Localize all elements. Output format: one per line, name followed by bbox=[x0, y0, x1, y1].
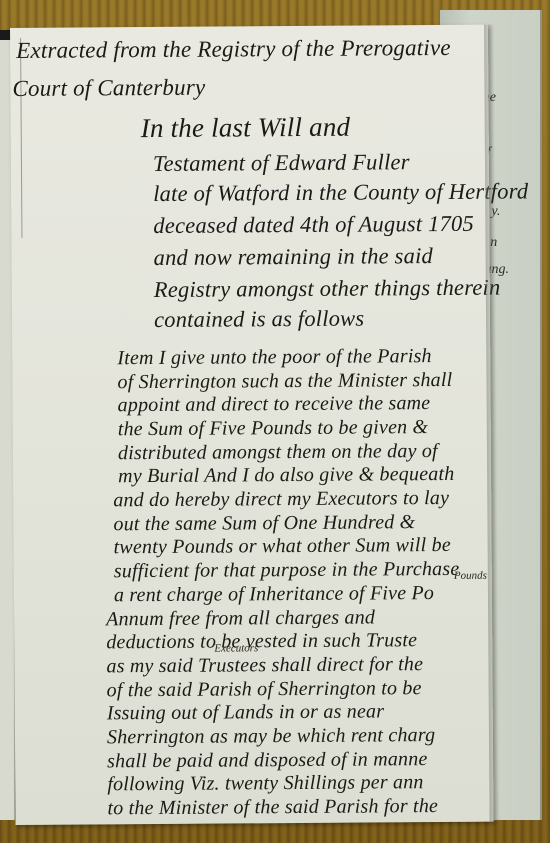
title-line: late of Watford in the County of Hertfor… bbox=[153, 178, 528, 207]
body-line: a rent charge of Inheritance of Five Po bbox=[114, 582, 434, 607]
body-line: twenty Pounds or what other Sum will be bbox=[114, 534, 451, 559]
body-line: appoint and direct to receive the same bbox=[118, 392, 431, 417]
manuscript-page: Extracted from the Registry of the Prero… bbox=[10, 25, 494, 825]
body-line: Annum free from all charges and bbox=[106, 606, 375, 631]
title-line: and now remaining in the said bbox=[154, 243, 434, 271]
body-line: out the same Sum of One Hundred & bbox=[113, 511, 415, 536]
body-line: sufficient for that purpose in the Purch… bbox=[114, 558, 460, 583]
body-line: my Burial And I do also give & bequeath bbox=[118, 463, 454, 488]
body-line: the Sum of Five Pounds to be given & bbox=[118, 416, 429, 441]
body-line: shall be paid and disposed of in manne bbox=[107, 748, 428, 773]
body-line: Sherrington as may be which rent charg bbox=[107, 724, 435, 749]
interlinear-insertion: Pounds bbox=[454, 570, 487, 582]
heading-line: Extracted from the Registry of the Prero… bbox=[16, 35, 451, 64]
body-line: following Viz. twenty Shillings per ann bbox=[107, 771, 423, 796]
title-line: Registry amongst other things therein bbox=[154, 275, 501, 303]
body-line: deductions to be vested in such Truste bbox=[106, 629, 417, 654]
heading-line: Court of Canterbury bbox=[12, 75, 205, 102]
body-line: as my said Trustees shall direct for the bbox=[106, 653, 423, 678]
body-line: and do hereby direct my Executors to lay bbox=[113, 487, 449, 512]
body-line: of Sherrington such as the Minister shal… bbox=[117, 369, 452, 394]
title-line: Testament of Edward Fuller bbox=[153, 149, 410, 177]
body-line: distributed amongst them on the day of bbox=[118, 440, 438, 465]
body-line: Item I give unto the poor of the Parish bbox=[117, 345, 432, 370]
interlinear-insertion: Executors bbox=[214, 642, 258, 654]
body-line: to the Minister of the said Parish for t… bbox=[107, 795, 438, 820]
body-line: of the said Parish of Sherrington to be bbox=[107, 677, 422, 702]
margin-rule bbox=[20, 38, 22, 238]
title-line: deceased dated 4th of August 1705 bbox=[153, 211, 474, 239]
title-line: contained is as follows bbox=[154, 306, 364, 333]
body-line: Issuing out of Lands in or as near bbox=[107, 701, 385, 726]
title-line: In the last Will and bbox=[141, 112, 351, 144]
